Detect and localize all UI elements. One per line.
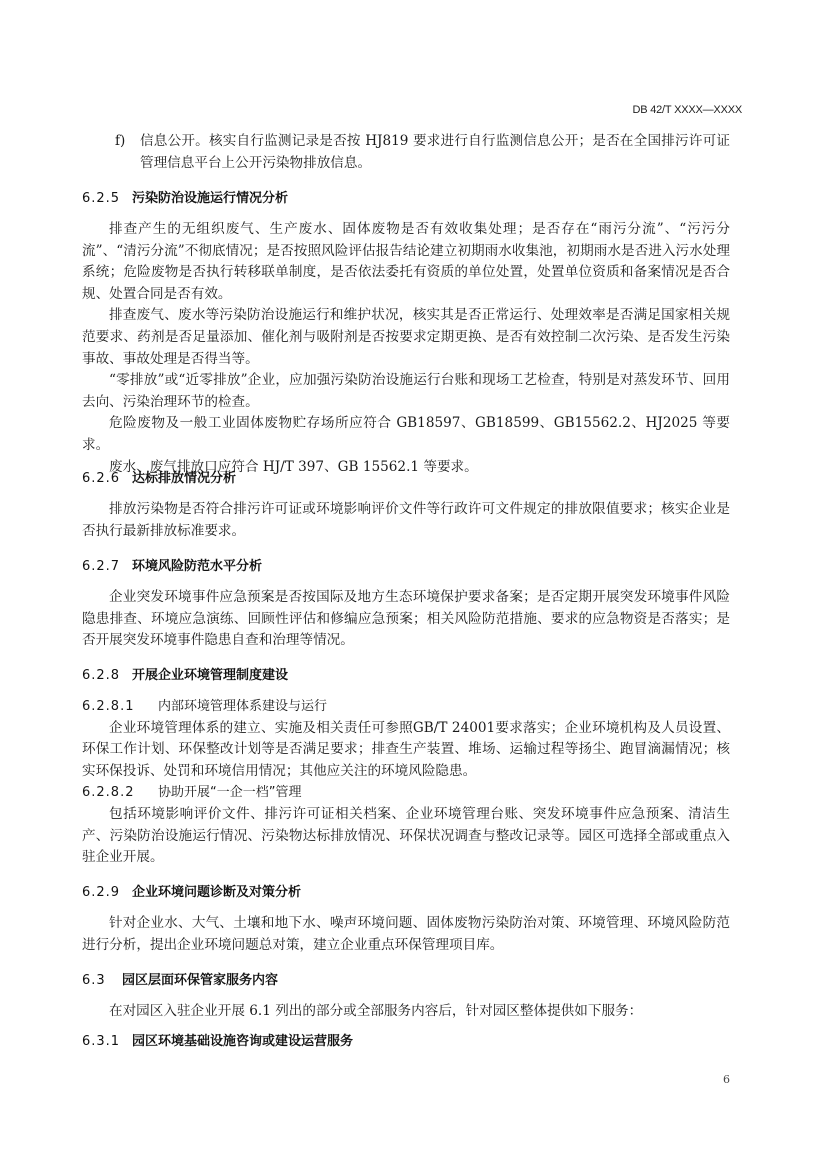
- section-body-6-2-7: 企业突发环境事件应急预案是否按国际及地方生态环境保护要求备案；是否定期开展突发环…: [82, 587, 730, 652]
- paragraph: 包括环境影响评价文件、排污许可证相关档案、企业环境管理台账、突发环境事件应急预案…: [82, 804, 730, 869]
- list-item-text: 信息公开。核实自行监测记录是否按 HJ819 要求进行自行监测信息公开；是否在全…: [140, 133, 730, 171]
- section-body-6-2-5: 排查产生的无组织废气、生产废水、固体废物是否有效收集处理；是否存在“雨污分流”、…: [82, 219, 730, 478]
- subsection-heading-6-2-8-1: 6.2.8.1内部环境管理体系建设与运行: [82, 696, 730, 718]
- section-heading-6-3: 6.3园区层面环保管家服务内容: [82, 971, 278, 991]
- section-body-6-3: 在对园区入驻企业开展 6.1 列出的部分或全部服务内容后，针对园区整体提供如下服…: [82, 1001, 730, 1023]
- section-heading-6-2-9: 6.2.9企业环境问题诊断及对策分析: [82, 883, 301, 903]
- paragraph: 危险废物及一般工业固体废物贮存场所应符合 GB18597、GB18599、GB1…: [82, 413, 730, 456]
- section-body-6-2-8: 6.2.8.1内部环境管理体系建设与运行 企业环境管理体系的建立、实施及相关责任…: [82, 696, 730, 869]
- paragraph: 在对园区入驻企业开展 6.1 列出的部分或全部服务内容后，针对园区整体提供如下服…: [82, 1001, 730, 1023]
- section-heading-6-2-8: 6.2.8开展企业环境管理制度建设: [82, 666, 288, 686]
- subsection-heading-6-2-8-2: 6.2.8.2协助开展“一企一档”管理: [82, 782, 730, 804]
- paragraph: 排放污染物是否符合排污许可证或环境影响评价文件等行政许可文件规定的排放限值要求；…: [82, 499, 730, 542]
- paragraph: 排查产生的无组织废气、生产废水、固体废物是否有效收集处理；是否存在“雨污分流”、…: [82, 219, 730, 305]
- section-heading-6-3-1: 6.3.1园区环境基础设施咨询或建设运营服务: [82, 1032, 353, 1052]
- list-item-label: f): [115, 131, 125, 153]
- list-item-f: f) 信息公开。核实自行监测记录是否按 HJ819 要求进行自行监测信息公开；是…: [82, 131, 730, 174]
- paragraph: 排查废气、废水等污染防治设施运行和维护状况，核实其是否正常运行、处理效率是否满足…: [82, 305, 730, 370]
- section-body-6-2-9: 针对企业水、大气、土壤和地下水、噪声环境问题、固体废物污染防治对策、环境管理、环…: [82, 913, 730, 956]
- paragraph: 针对企业水、大气、土壤和地下水、噪声环境问题、固体废物污染防治对策、环境管理、环…: [82, 913, 730, 956]
- section-heading-6-2-7: 6.2.7环境风险防范水平分析: [82, 557, 262, 577]
- section-body-6-2-6: 排放污染物是否符合排污许可证或环境影响评价文件等行政许可文件规定的排放限值要求；…: [82, 499, 730, 542]
- paragraph: 企业突发环境事件应急预案是否按国际及地方生态环境保护要求备案；是否定期开展突发环…: [82, 587, 730, 652]
- paragraph: 企业环境管理体系的建立、实施及相关责任可参照GB/T 24001要求落实；企业环…: [82, 718, 730, 783]
- section-heading-6-2-6: 6.2.6达标排放情况分析: [82, 469, 236, 489]
- paragraph: “零排放”或“近零排放”企业，应加强污染防治设施运行台账和现场工艺检查，特别是对…: [82, 370, 730, 413]
- page-number: 6: [723, 1073, 730, 1086]
- section-heading-6-2-5: 6.2.5污染防治设施运行情况分析: [82, 189, 288, 209]
- document-code-header: DB 42/T XXXX—XXXX: [632, 104, 742, 116]
